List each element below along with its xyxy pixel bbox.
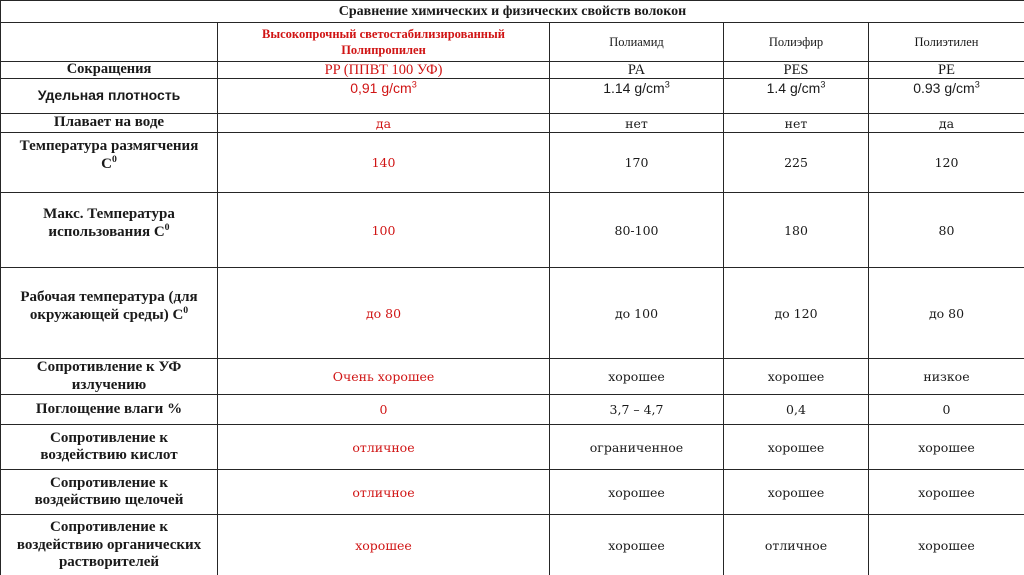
table-title: Сравнение химических и физических свойст… [1,1,1024,23]
row-label-abbreviations: Сокращения [1,62,218,79]
cell-value: 0,4 [724,395,869,425]
cell-value: хорошее [724,470,869,515]
column-header-line: Высокопрочный светостабилизированный [262,26,505,42]
cell-value: PES [724,62,869,79]
cell-value: хорошее [869,425,1024,470]
cell-value: до 100 [550,268,724,359]
cell-value: PE [869,62,1024,79]
row-label-acid-resistance: Сопротивление к воздействию кислот [1,425,218,470]
cell-value: хорошее [724,359,869,395]
row-label-softening-temp: Температура размягчения C0 [1,133,218,193]
cell-value: 180 [724,193,869,268]
cell-value: да [869,114,1024,133]
row-label-uv-resistance: Сопротивление к УФ излучению [1,359,218,395]
cell-value: 0,91 g/cm3 [218,79,550,114]
cell-value: 80 [869,193,1024,268]
cell-value: Очень хорошее [218,359,550,395]
column-header-polyethylene: Полиэтилен [869,23,1024,62]
column-header-polyamide: Полиамид [550,23,724,62]
cell-value: 225 [724,133,869,193]
cell-value: до 80 [218,268,550,359]
cell-value: 0 [869,395,1024,425]
cell-value: хорошее [724,425,869,470]
cell-value: нет [550,114,724,133]
cell-value: 170 [550,133,724,193]
column-header-polypropylene: Высокопрочный светостабилизированный Пол… [218,23,550,62]
column-header-line: Полипропилен [341,42,426,58]
cell-value: хорошее [550,470,724,515]
cell-value: до 80 [869,268,1024,359]
row-label-moisture: Поглощение влаги % [1,395,218,425]
row-label-density: Удельная плотность [1,79,218,114]
cell-value: 120 [869,133,1024,193]
cell-value: хорошее [869,515,1024,575]
row-label-max-temp: Макс. Температура использования C0 [1,193,218,268]
cell-value: отличное [218,470,550,515]
cell-value: нет [724,114,869,133]
row-label-floats: Плавает на воде [1,114,218,133]
cell-value: 1.14 g/cm3 [550,79,724,114]
cell-value: да [218,114,550,133]
cell-value: хорошее [869,470,1024,515]
row-label-alkali-resistance: Сопротивление к воздействию щелочей [1,470,218,515]
column-header-polyester: Полиэфир [724,23,869,62]
cell-value: PA [550,62,724,79]
cell-value: хорошее [550,515,724,575]
cell-value: 140 [218,133,550,193]
fiber-comparison-table: Сравнение химических и физических свойст… [0,0,1024,575]
cell-value: ограниченное [550,425,724,470]
row-label-working-temp: Рабочая температура (для окружающей сред… [1,268,218,359]
corner-cell [1,23,218,62]
cell-value: 0 [218,395,550,425]
cell-value: 100 [218,193,550,268]
row-label-solvent-resistance: Сопротивление к воздействию органических… [1,515,218,575]
cell-value: низкое [869,359,1024,395]
cell-value: отличное [724,515,869,575]
cell-value: хорошее [218,515,550,575]
cell-value: до 120 [724,268,869,359]
cell-value: хорошее [550,359,724,395]
cell-value: 3,7 – 4,7 [550,395,724,425]
cell-value: 0.93 g/cm3 [869,79,1024,114]
cell-value: 1.4 g/cm3 [724,79,869,114]
cell-value: 80-100 [550,193,724,268]
cell-value: PP (ППВТ 100 УФ) [218,62,550,79]
cell-value: отличное [218,425,550,470]
